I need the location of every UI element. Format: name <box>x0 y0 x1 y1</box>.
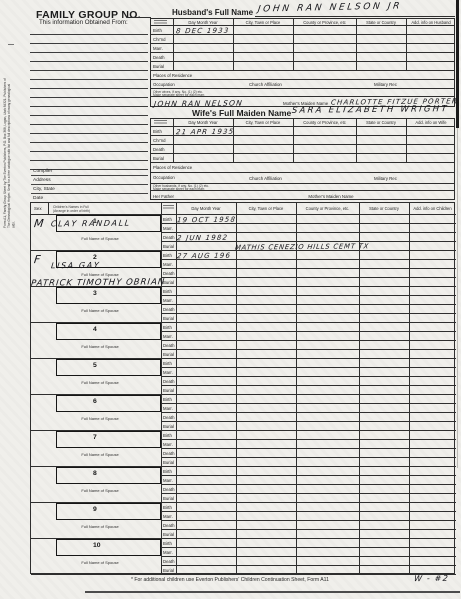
child-number: 7 <box>93 434 97 441</box>
child-marriage-row: Marr. <box>161 332 456 341</box>
child-burial-row: Burial <box>161 278 456 287</box>
event-label: Death <box>163 271 174 276</box>
husband-occupation-row: Occupation Church Affiliation Military R… <box>151 80 454 89</box>
child-burial-row: Burial <box>161 530 456 539</box>
child-burial-row: Burial <box>161 458 456 467</box>
event-label: Marr. <box>163 514 173 519</box>
child-number: 2 <box>93 254 97 261</box>
event-label: Burial <box>153 64 164 69</box>
children-blocks: Birth 19 OCT 1958 Marr. Death 2 JUN 1982… <box>31 215 456 575</box>
child-marriage-row: Marr. <box>161 404 456 413</box>
compiler-row: Compiler <box>31 167 148 176</box>
event-label: Marr. <box>163 226 173 231</box>
event-label: Marr. <box>163 370 173 375</box>
husband-birth-row: Birth 8 DEC 1933 <box>151 26 454 35</box>
footer-note: * For additional children use Everton Pu… <box>60 577 400 583</box>
child-birth-row: Birth <box>161 467 456 476</box>
child-name-box: 8 <box>56 467 161 484</box>
wife-table: Day Month Year City, Town or Place Count… <box>150 118 455 200</box>
wife-parents-row: Her Father Mother's Maiden Name <box>151 191 456 201</box>
event-label: Death <box>163 451 174 456</box>
sex-header-cell: Sex <box>31 203 49 214</box>
child-number: 8 <box>93 470 97 477</box>
event-label: Death <box>163 307 174 312</box>
event-label: Burial <box>163 568 174 573</box>
occupation-label: Occupation <box>153 82 175 87</box>
child-number: 9 <box>93 506 97 513</box>
col-header-date: Day Month Year <box>173 120 233 125</box>
child-death-row: Death <box>161 341 456 350</box>
child-burial-row: Burial <box>161 566 456 575</box>
child-birth-date: 27 AUG 196 <box>177 251 232 260</box>
scan-artifact-dash <box>8 44 14 45</box>
husband-name-underline <box>255 16 455 17</box>
col-header-state: State or Country <box>356 120 406 125</box>
child-number: 6 <box>93 398 97 405</box>
col-header-date: Day Month Year <box>176 206 236 211</box>
event-label: Burial <box>163 244 174 249</box>
spouse-label: Full Name of Spouse <box>45 272 155 277</box>
compiler-label: Compiler <box>33 169 52 174</box>
child-death-row: Death <box>161 305 456 314</box>
husband-marriage-row: Marr. <box>151 44 454 53</box>
family-group-sheet-scan: Form A1, Family Group Sheet by The Evert… <box>0 0 461 599</box>
husband-table: Day Month Year City, Town or Place Count… <box>150 18 455 107</box>
event-label: Birth <box>153 129 162 134</box>
event-label: Birth <box>163 541 172 546</box>
child-death-date: 2 JUN 1982 <box>177 233 229 242</box>
child-birth-date: 19 OCT 1958 <box>177 215 237 224</box>
child-number: 3 <box>93 290 97 297</box>
event-label: Burial <box>153 156 164 161</box>
children-header-row: Sex Children's Names in Full (Arrange in… <box>31 203 456 215</box>
wife-birth-date: 21 APR 1935 <box>176 127 235 136</box>
form-no-blank-line <box>127 17 151 18</box>
spouse-label: Full Name of Spouse <box>45 344 155 349</box>
spouse-label: Full Name of Spouse <box>45 560 155 565</box>
child-death-row: Death <box>161 485 456 494</box>
child-death-row: Death <box>161 521 456 530</box>
wife-birth-row: Birth 21 APR 1935 <box>151 127 454 136</box>
child-birth-row: Birth <box>161 539 456 548</box>
spouse-label: Full Name of Spouse <box>45 488 155 493</box>
spouse-label: Full Name of Spouse <box>45 452 155 457</box>
spouse-label: Full Name of Spouse <box>45 236 155 241</box>
child-number: 4 <box>93 326 97 333</box>
sex-header: Sex <box>34 206 42 211</box>
children-names-header-1: Children's Names in Full <box>53 205 89 209</box>
scan-artifact-right-edge <box>456 0 459 128</box>
event-label: Marr. <box>153 46 163 51</box>
col-header-county: County or Province, etc. <box>296 206 359 211</box>
child-marriage-row: Marr. <box>161 368 456 377</box>
event-label: Birth <box>163 325 172 330</box>
event-label: Birth <box>163 361 172 366</box>
event-label: Death <box>163 415 174 420</box>
child-number: 5 <box>93 362 97 369</box>
occupation-label: Occupation <box>153 175 175 180</box>
col-header-addinfo: Add. info on Wife <box>406 120 456 125</box>
child-block: Birth Marr. Death Burial 4 Full Name of … <box>31 323 456 359</box>
event-label: Death <box>163 559 174 564</box>
wife-christened-row: Chr'nd <box>151 136 454 145</box>
child-name-box: 5 <box>56 359 161 376</box>
col-header-county: County or Province, etc <box>293 20 356 25</box>
child-name-box: 10 <box>56 539 161 556</box>
child-birth-row: Birth <box>161 323 456 332</box>
child-burial-place: MATHIS CENEZIO HILLS CEMT TX <box>234 242 369 251</box>
event-label: Chr'nd <box>153 37 166 42</box>
event-label: Marr. <box>163 550 173 555</box>
city-state-label: City, State <box>33 187 55 192</box>
child-birth-row: Birth 19 OCT 1958 <box>161 215 456 224</box>
col-header-addinfo: Add. info on Husband <box>406 20 456 25</box>
event-label: Marr. <box>163 406 173 411</box>
illegible-micro-text <box>154 20 167 25</box>
husband-col-header-row: Day Month Year City, Town or Place Count… <box>151 19 454 26</box>
child-block: Birth Marr. Death Burial 3 Full Name of … <box>31 287 456 323</box>
husband-name-label: Husband's Full Name <box>172 8 253 17</box>
illegible-micro-text <box>154 120 167 125</box>
child-birth-row: Birth <box>161 503 456 512</box>
page-mark: W - #2 <box>413 574 449 583</box>
publisher-margin-text: Form A1, Family Group Sheet by The Evert… <box>3 78 17 228</box>
child-death-row: Death <box>161 269 456 278</box>
col-header-place: City, Town or Place <box>236 206 296 211</box>
spouse-label: Full Name of Spouse <box>45 416 155 421</box>
wife-burial-row: Burial <box>151 154 454 163</box>
husband-birth-date: 8 DEC 1933 <box>176 26 230 35</box>
husband-other-marriages-row: Other wives, if any. No. (1) (2) etc. Ma… <box>151 89 454 97</box>
event-label: Birth <box>163 397 172 402</box>
child-marriage-row: Marr. <box>161 440 456 449</box>
event-label: Death <box>153 55 164 60</box>
child-name-box: 6 <box>56 395 161 412</box>
child-name: LISA GAY <box>50 261 100 271</box>
col-header-place: City, Town or Place <box>233 120 293 125</box>
child-number: 10 <box>93 542 101 549</box>
event-label: Death <box>163 343 174 348</box>
child-burial-row: Burial MATHIS CENEZIO HILLS CEMT TX <box>161 242 456 251</box>
event-label: Marr. <box>163 298 173 303</box>
child-death-row: Death <box>161 377 456 386</box>
event-label: Birth <box>163 505 172 510</box>
illegible-micro-text <box>163 205 174 210</box>
child-birth-row: Birth <box>161 395 456 404</box>
child-marriage-row: Marr. <box>161 260 456 269</box>
child-block: Birth Marr. Death Burial 5 Full Name of … <box>31 359 456 395</box>
child-birth-row: Birth 27 AUG 196 <box>161 251 456 260</box>
child-birth-row: Birth <box>161 431 456 440</box>
col-header-state: State or Country <box>359 206 409 211</box>
event-label: Burial <box>163 352 174 357</box>
wife-name-label: Wife's Full Maiden Name <box>192 108 291 118</box>
child-block: Birth Marr. Death Burial 8 Full Name of … <box>31 467 456 503</box>
child-name-box: 7 <box>56 431 161 448</box>
her-father-label: Her Father <box>153 194 174 199</box>
residence-label: Places of Residence <box>153 165 192 170</box>
event-label: Death <box>163 523 174 528</box>
event-label: Birth <box>163 289 172 294</box>
address-row: Address <box>31 176 148 185</box>
spouse-label: Full Name of Spouse <box>45 524 155 529</box>
wife-death-row: Death <box>151 145 454 154</box>
event-label: Marr. <box>163 262 173 267</box>
wife-other-marriages-row: Other husbands, if any. No. (1) (2) etc.… <box>151 184 454 191</box>
military-rec-label: Military Rec <box>374 176 397 181</box>
child-burial-row: Burial <box>161 350 456 359</box>
wife-occupation-row: Occupation Church Affiliation Military R… <box>151 173 454 184</box>
child-death-row: Death <box>161 557 456 566</box>
event-label: Birth <box>153 28 162 33</box>
date-label: Date <box>33 196 43 201</box>
event-label: Chr'nd <box>153 138 166 143</box>
event-label: Burial <box>163 388 174 393</box>
child-death-row: Death 2 JUN 1982 <box>161 233 456 242</box>
col-header-date: Day Month Year <box>173 20 233 25</box>
child-block: Birth 19 OCT 1958 Marr. Death 2 JUN 1982… <box>31 215 456 251</box>
child-block: Birth Marr. Death Burial 7 Full Name of … <box>31 431 456 467</box>
child-marriage-row: Marr. <box>161 512 456 521</box>
child-block: Birth Marr. Death Burial 10 Full Name of… <box>31 539 456 575</box>
child-marriage-row: Marr. <box>161 548 456 557</box>
child-birth-row: Birth <box>161 287 456 296</box>
event-label: Death <box>163 235 174 240</box>
husband-name-value: JOHN RAN NELSON JR <box>257 1 402 14</box>
husband-residence-row: Places of Residence <box>151 71 454 80</box>
event-label: Burial <box>163 424 174 429</box>
child-sex: F <box>33 253 52 266</box>
husband-father-value: JOHN RAN NELSON <box>153 98 243 108</box>
child-block: Birth 27 AUG 196 Marr. Death Burial F 2 … <box>31 251 456 287</box>
event-label: Birth <box>163 253 172 258</box>
child-death-row: Death <box>161 413 456 422</box>
event-label: Birth <box>163 217 172 222</box>
child-burial-row: Burial <box>161 494 456 503</box>
wife-residence-row: Places of Residence <box>151 163 454 173</box>
child-block: Birth Marr. Death Burial 9 Full Name of … <box>31 503 456 539</box>
wife-col-header-row: Day Month Year City, Town or Place Count… <box>151 119 454 127</box>
obtained-from-blank-lines <box>30 26 148 170</box>
husband-death-row: Death <box>151 53 454 62</box>
husband-burial-row: Burial <box>151 62 454 71</box>
military-rec-label: Military Rec <box>374 82 397 87</box>
col-header-place: City, Town or Place <box>233 20 293 25</box>
col-header-county: County or Province, etc <box>293 120 356 125</box>
child-name: CLAY RANDALL <box>50 218 131 228</box>
event-label: Birth <box>163 469 172 474</box>
event-label: Burial <box>163 316 174 321</box>
scan-artifact-right-edge-faint <box>457 128 458 468</box>
child-marriage-row: Marr. <box>161 476 456 485</box>
church-affiliation-label: Church Affiliation <box>249 82 282 87</box>
wife-name-value: SARA ELIZABETH WRIGHT <box>291 104 449 116</box>
col-header-state: State or Country <box>356 20 406 25</box>
husband-christened-row: Chr'nd <box>151 35 454 44</box>
event-label: Burial <box>163 532 174 537</box>
mothers-maiden-name-label: Mother's Maiden Name <box>271 194 391 199</box>
event-label: Burial <box>163 496 174 501</box>
church-affiliation-label: Church Affiliation <box>249 176 282 181</box>
event-label: Birth <box>163 433 172 438</box>
scan-artifact-bottom-line <box>85 591 460 593</box>
address-label: Address <box>33 178 51 183</box>
event-label: Marr. <box>163 334 173 339</box>
child-block: Birth Marr. Death Burial 6 Full Name of … <box>31 395 456 431</box>
event-label: Death <box>163 487 174 492</box>
child-name-box: 9 <box>56 503 161 520</box>
child-name-box: 4 <box>56 323 161 340</box>
child-burial-row: Burial <box>161 422 456 431</box>
child-birth-row: Birth <box>161 359 456 368</box>
child-burial-row: Burial <box>161 386 456 395</box>
child-name-box: 3 <box>56 287 161 304</box>
child-marriage-row: Marr. <box>161 296 456 305</box>
children-names-header-2: (Arrange in order of birth) <box>53 209 90 213</box>
child-death-row: Death <box>161 449 456 458</box>
obtained-from-label: This information Obtained From: <box>39 19 128 26</box>
residence-label: Places of Residence <box>153 73 192 78</box>
spouse-label: Full Name of Spouse <box>45 308 155 313</box>
event-label: Death <box>153 147 164 152</box>
event-label: Death <box>163 379 174 384</box>
children-table: Sex Children's Names in Full (Arrange in… <box>30 202 455 574</box>
city-state-row: City, State <box>31 185 148 194</box>
event-label: Burial <box>163 460 174 465</box>
event-label: Marr. <box>163 478 173 483</box>
spouse-label: Full Name of Spouse <box>45 380 155 385</box>
child-marriage-row: Marr. <box>161 224 456 233</box>
col-header-addinfo: Add. info on Children <box>409 206 456 211</box>
event-label: Marr. <box>163 442 173 447</box>
child-burial-row: Burial <box>161 314 456 323</box>
